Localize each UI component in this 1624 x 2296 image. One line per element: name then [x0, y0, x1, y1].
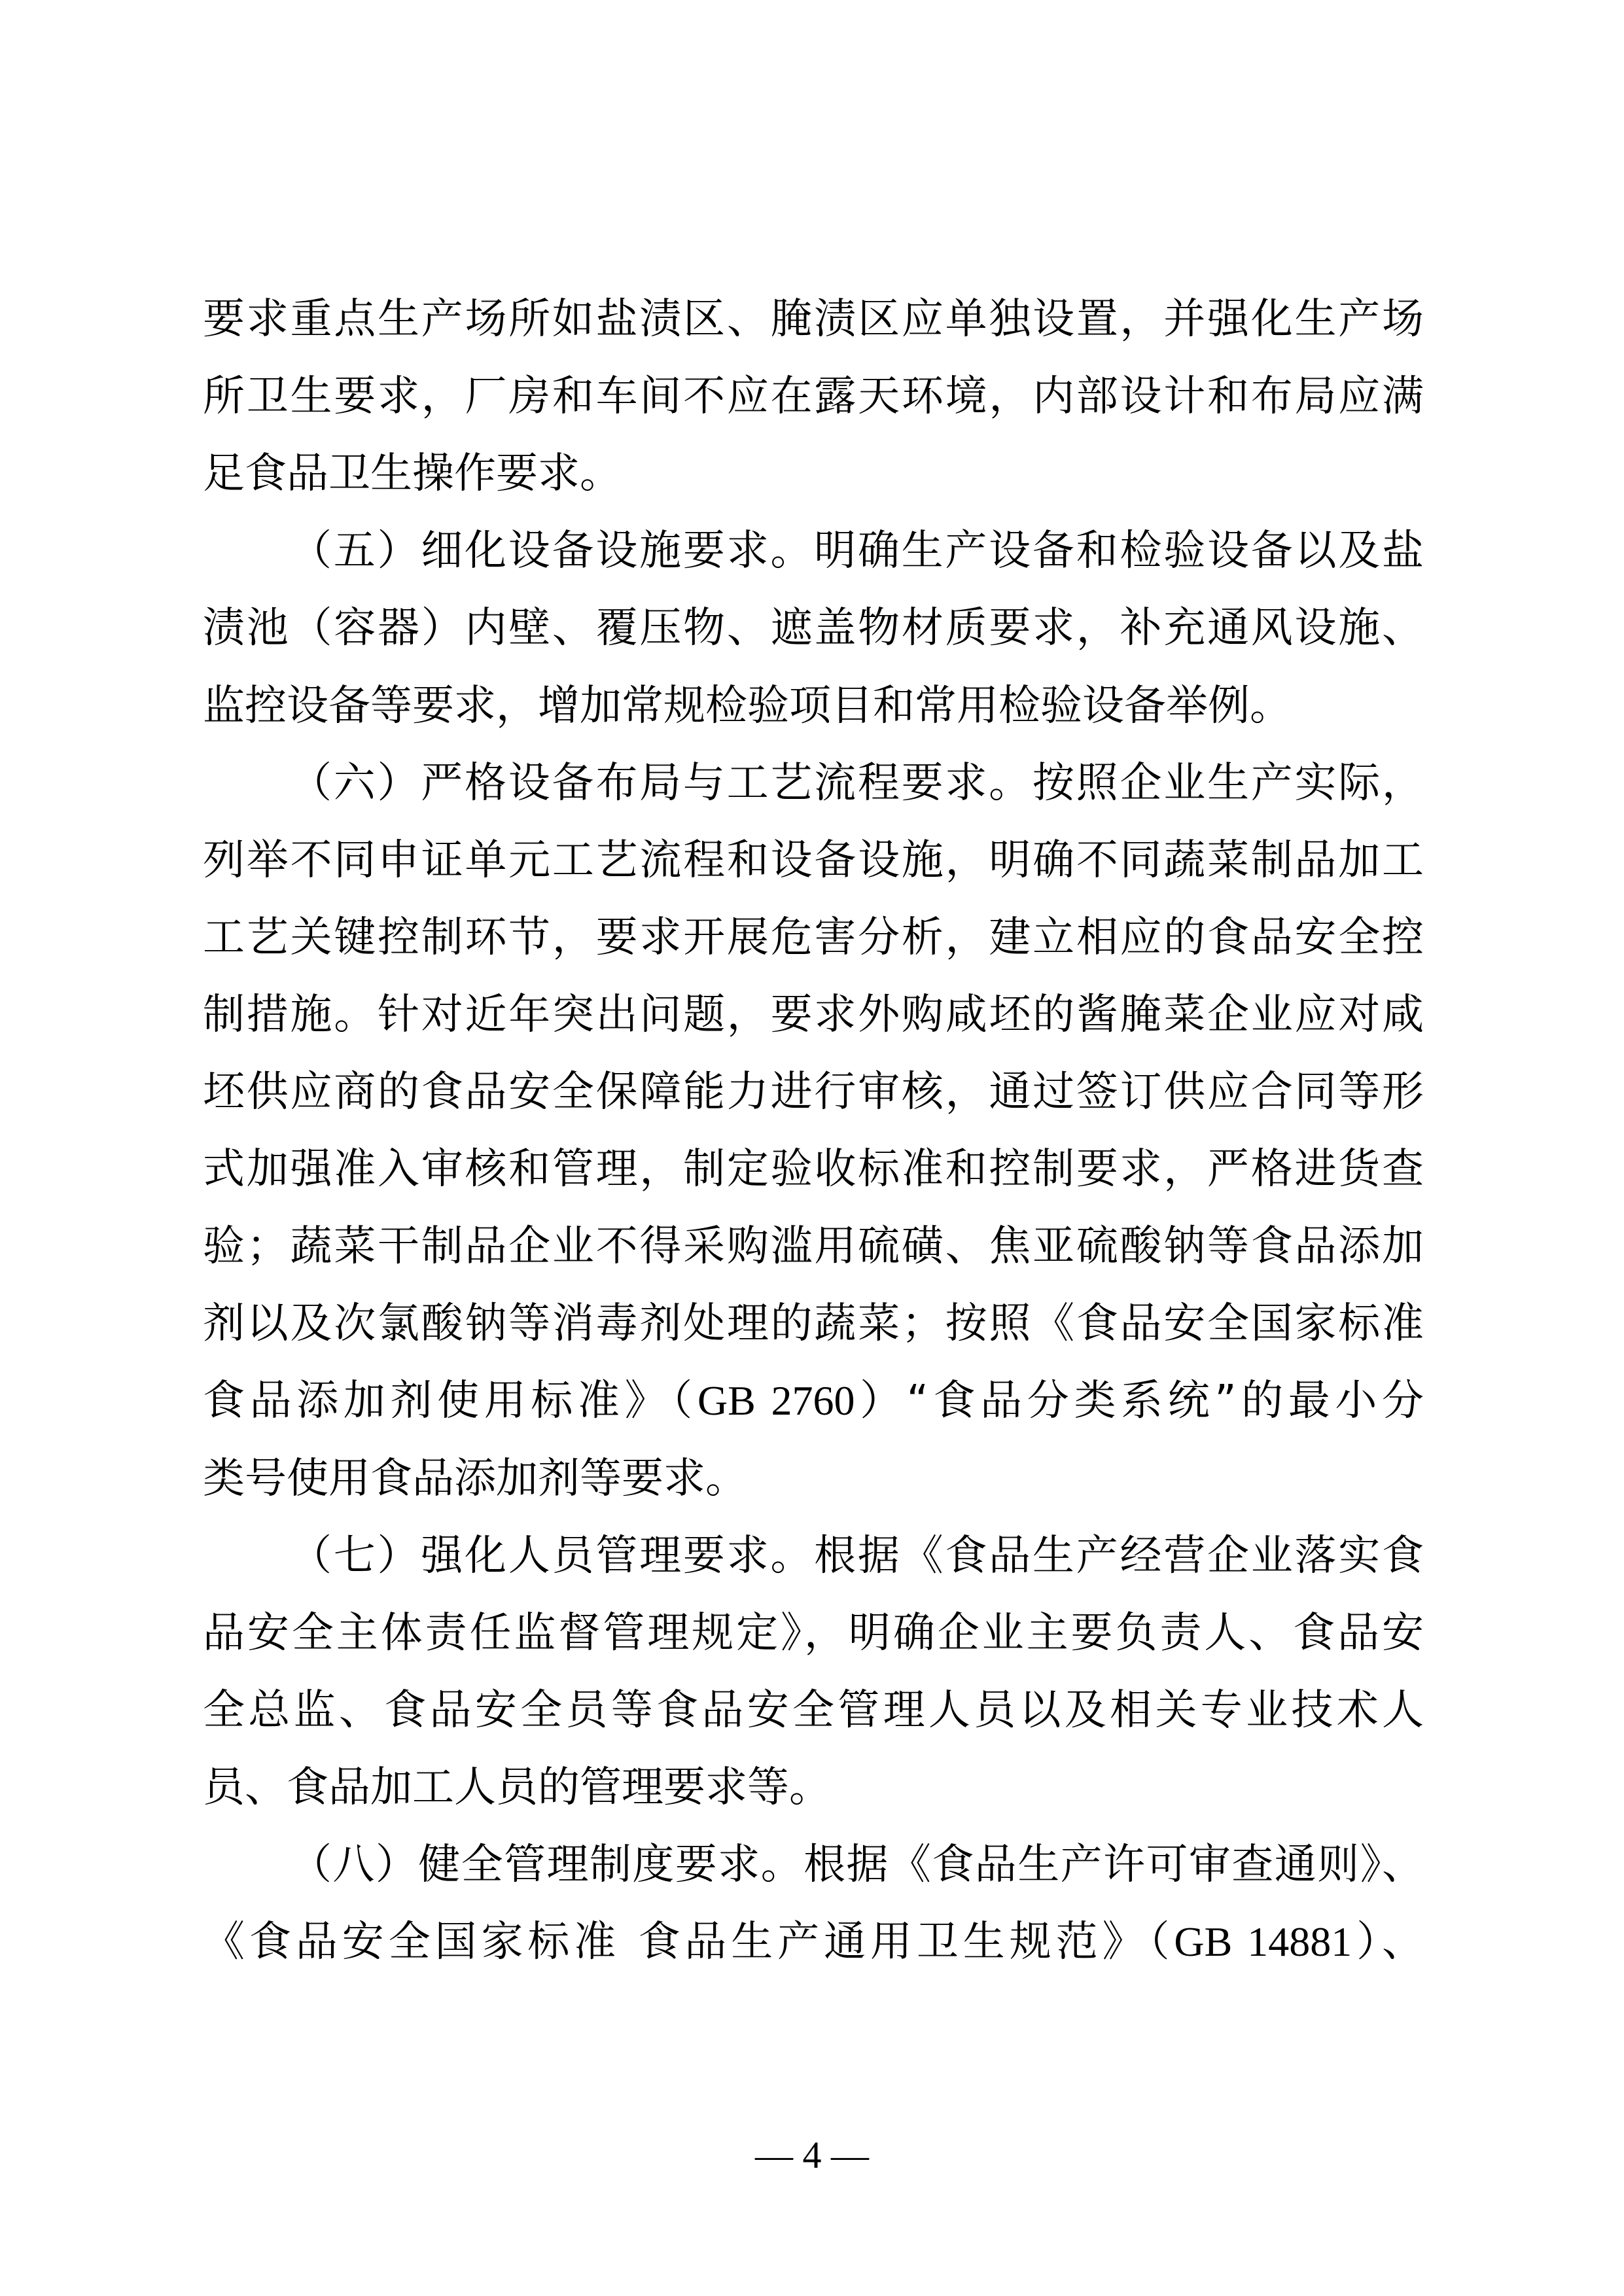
body-text-segment: 剂以及次氯酸钠等消毒剂处理的蔬菜；按照《食品安全国家标准 [203, 1299, 1424, 1348]
body-text-segment: 根据《食品生产经营企业落实食 [814, 1532, 1424, 1580]
text-line: 品安全主体责任监督管理规定》，明确企业主要负责人、食品安 [203, 1607, 1424, 1659]
body-text-segment: 明确生产设备和检验设备以及盐 [814, 527, 1424, 575]
text-line: 监控设备等要求，增加常规检验项目和常用检验设备举例。 [203, 680, 1424, 732]
text-line: 要求重点生产场所如盐渍区、腌渍区应单独设置，并强化生产场 [203, 293, 1424, 345]
text-line: 渍池（容器）内壁、覆压物、遮盖物材质要求，补充通风设施、 [203, 602, 1424, 654]
body-text-segment: 员、食品加工人员的管理要求等。 [203, 1763, 831, 1812]
body-text-segment: 渍池（容器）内壁、覆压物、遮盖物材质要求，补充通风设施、 [203, 604, 1424, 652]
paragraph-heading-line: （六）严格设备布局与工艺流程要求。按照企业生产实际， [290, 757, 1424, 809]
text-line: 所卫生要求，厂房和车间不应在露天环境，内部设计和布局应满 [203, 370, 1424, 423]
body-text-segment: ）“食品分类系统”的最小分 [855, 1377, 1424, 1425]
paragraph-heading-line: （八）健全管理制度要求。根据《食品生产许可审查通则》、 [290, 1839, 1424, 1891]
text-line: 式加强准入审核和管理，制定验收标准和控制要求，严格进货查 [203, 1143, 1424, 1195]
body-text-segment: 所卫生要求，厂房和车间不应在露天环境，内部设计和布局应满 [203, 372, 1424, 421]
text-line: 剂以及次氯酸钠等消毒剂处理的蔬菜；按照《食品安全国家标准 [203, 1298, 1424, 1350]
text-line: 制措施。针对近年突出问题，要求外购咸坯的酱腌菜企业应对咸 [203, 989, 1424, 1041]
text-line: 全总监、食品安全员等食品安全管理人员以及相关专业技术人 [203, 1684, 1424, 1737]
body-text-segment: 验；蔬菜干制品企业不得采购滥用硫磺、焦亚硫酸钠等食品添加 [203, 1222, 1424, 1271]
document-page: 要求重点生产场所如盐渍区、腌渍区应单独设置，并强化生产场所卫生要求，厂房和车间不… [0, 0, 1624, 2296]
body-text-segment: 品安全主体责任监督管理规定》，明确企业主要负责人、食品安 [203, 1609, 1424, 1657]
body-text-segment: ）、 [1352, 1918, 1424, 1966]
paragraph-heading-line: （五）细化设备设施要求。明确生产设备和检验设备以及盐 [290, 525, 1424, 577]
body-text-segment: 《食品安全国家标准 食品生产通用卫生规范》（ [203, 1918, 1174, 1966]
text-line: 足食品卫生操作要求。 [203, 448, 1424, 500]
body-text-segment: 类号使用食品添加剂等要求。 [203, 1455, 747, 1503]
text-line: 类号使用食品添加剂等要求。 [203, 1453, 1424, 1505]
body-text-segment: 列举不同申证单元工艺流程和设备设施，明确不同蔬菜制品加工 [203, 836, 1424, 885]
body-text-segment: 食品添加剂使用标准》（ [203, 1377, 697, 1425]
body-text-segment: 工艺关键控制环节，要求开展危害分析，建立相应的食品安全控 [203, 913, 1424, 962]
body-text-segment: 根据《食品生产许可审查通则》、 [803, 1841, 1424, 1889]
body-text-segment: 全总监、食品安全员等食品安全管理人员以及相关专业技术人 [203, 1686, 1424, 1735]
paragraph-heading-line: （七）强化人员管理要求。根据《食品生产经营企业落实食 [290, 1530, 1424, 1582]
section-heading: （六）严格设备布局与工艺流程要求。 [290, 759, 1033, 807]
body-text-segment: 按照企业生产实际， [1033, 759, 1424, 807]
standard-code: GB 2760 [697, 1377, 855, 1424]
section-heading: （七）强化人员管理要求。 [290, 1532, 814, 1580]
text-line: 《食品安全国家标准 食品生产通用卫生规范》（GB 14881）、 [203, 1916, 1424, 1968]
text-line: 食品添加剂使用标准》（GB 2760）“食品分类系统”的最小分 [203, 1375, 1424, 1427]
page-number: — 4 — [0, 2134, 1624, 2176]
body-text-segment: 要求重点生产场所如盐渍区、腌渍区应单独设置，并强化生产场 [203, 295, 1424, 344]
body-text-segment: 足食品卫生操作要求。 [203, 450, 622, 498]
body-text-segment: 式加强准入审核和管理，制定验收标准和控制要求，严格进货查 [203, 1145, 1424, 1193]
body-text-segment: 制措施。针对近年突出问题，要求外购咸坯的酱腌菜企业应对咸 [203, 991, 1424, 1039]
text-line: 验；蔬菜干制品企业不得采购滥用硫磺、焦亚硫酸钠等食品添加 [203, 1220, 1424, 1273]
section-heading: （八）健全管理制度要求。 [290, 1841, 803, 1889]
text-line: 坯供应商的食品安全保障能力进行审核，通过签订供应合同等形 [203, 1066, 1424, 1118]
text-line: 列举不同申证单元工艺流程和设备设施，明确不同蔬菜制品加工 [203, 834, 1424, 887]
body-text-segment: 坯供应商的食品安全保障能力进行审核，通过签订供应合同等形 [203, 1068, 1424, 1116]
text-line: 员、食品加工人员的管理要求等。 [203, 1761, 1424, 1814]
standard-code: GB 14881 [1174, 1918, 1352, 1965]
body-text-segment: 监控设备等要求，增加常规检验项目和常用检验设备举例。 [203, 682, 1292, 730]
text-line: 工艺关键控制环节，要求开展危害分析，建立相应的食品安全控 [203, 911, 1424, 964]
section-heading: （五）细化设备设施要求。 [290, 527, 814, 575]
